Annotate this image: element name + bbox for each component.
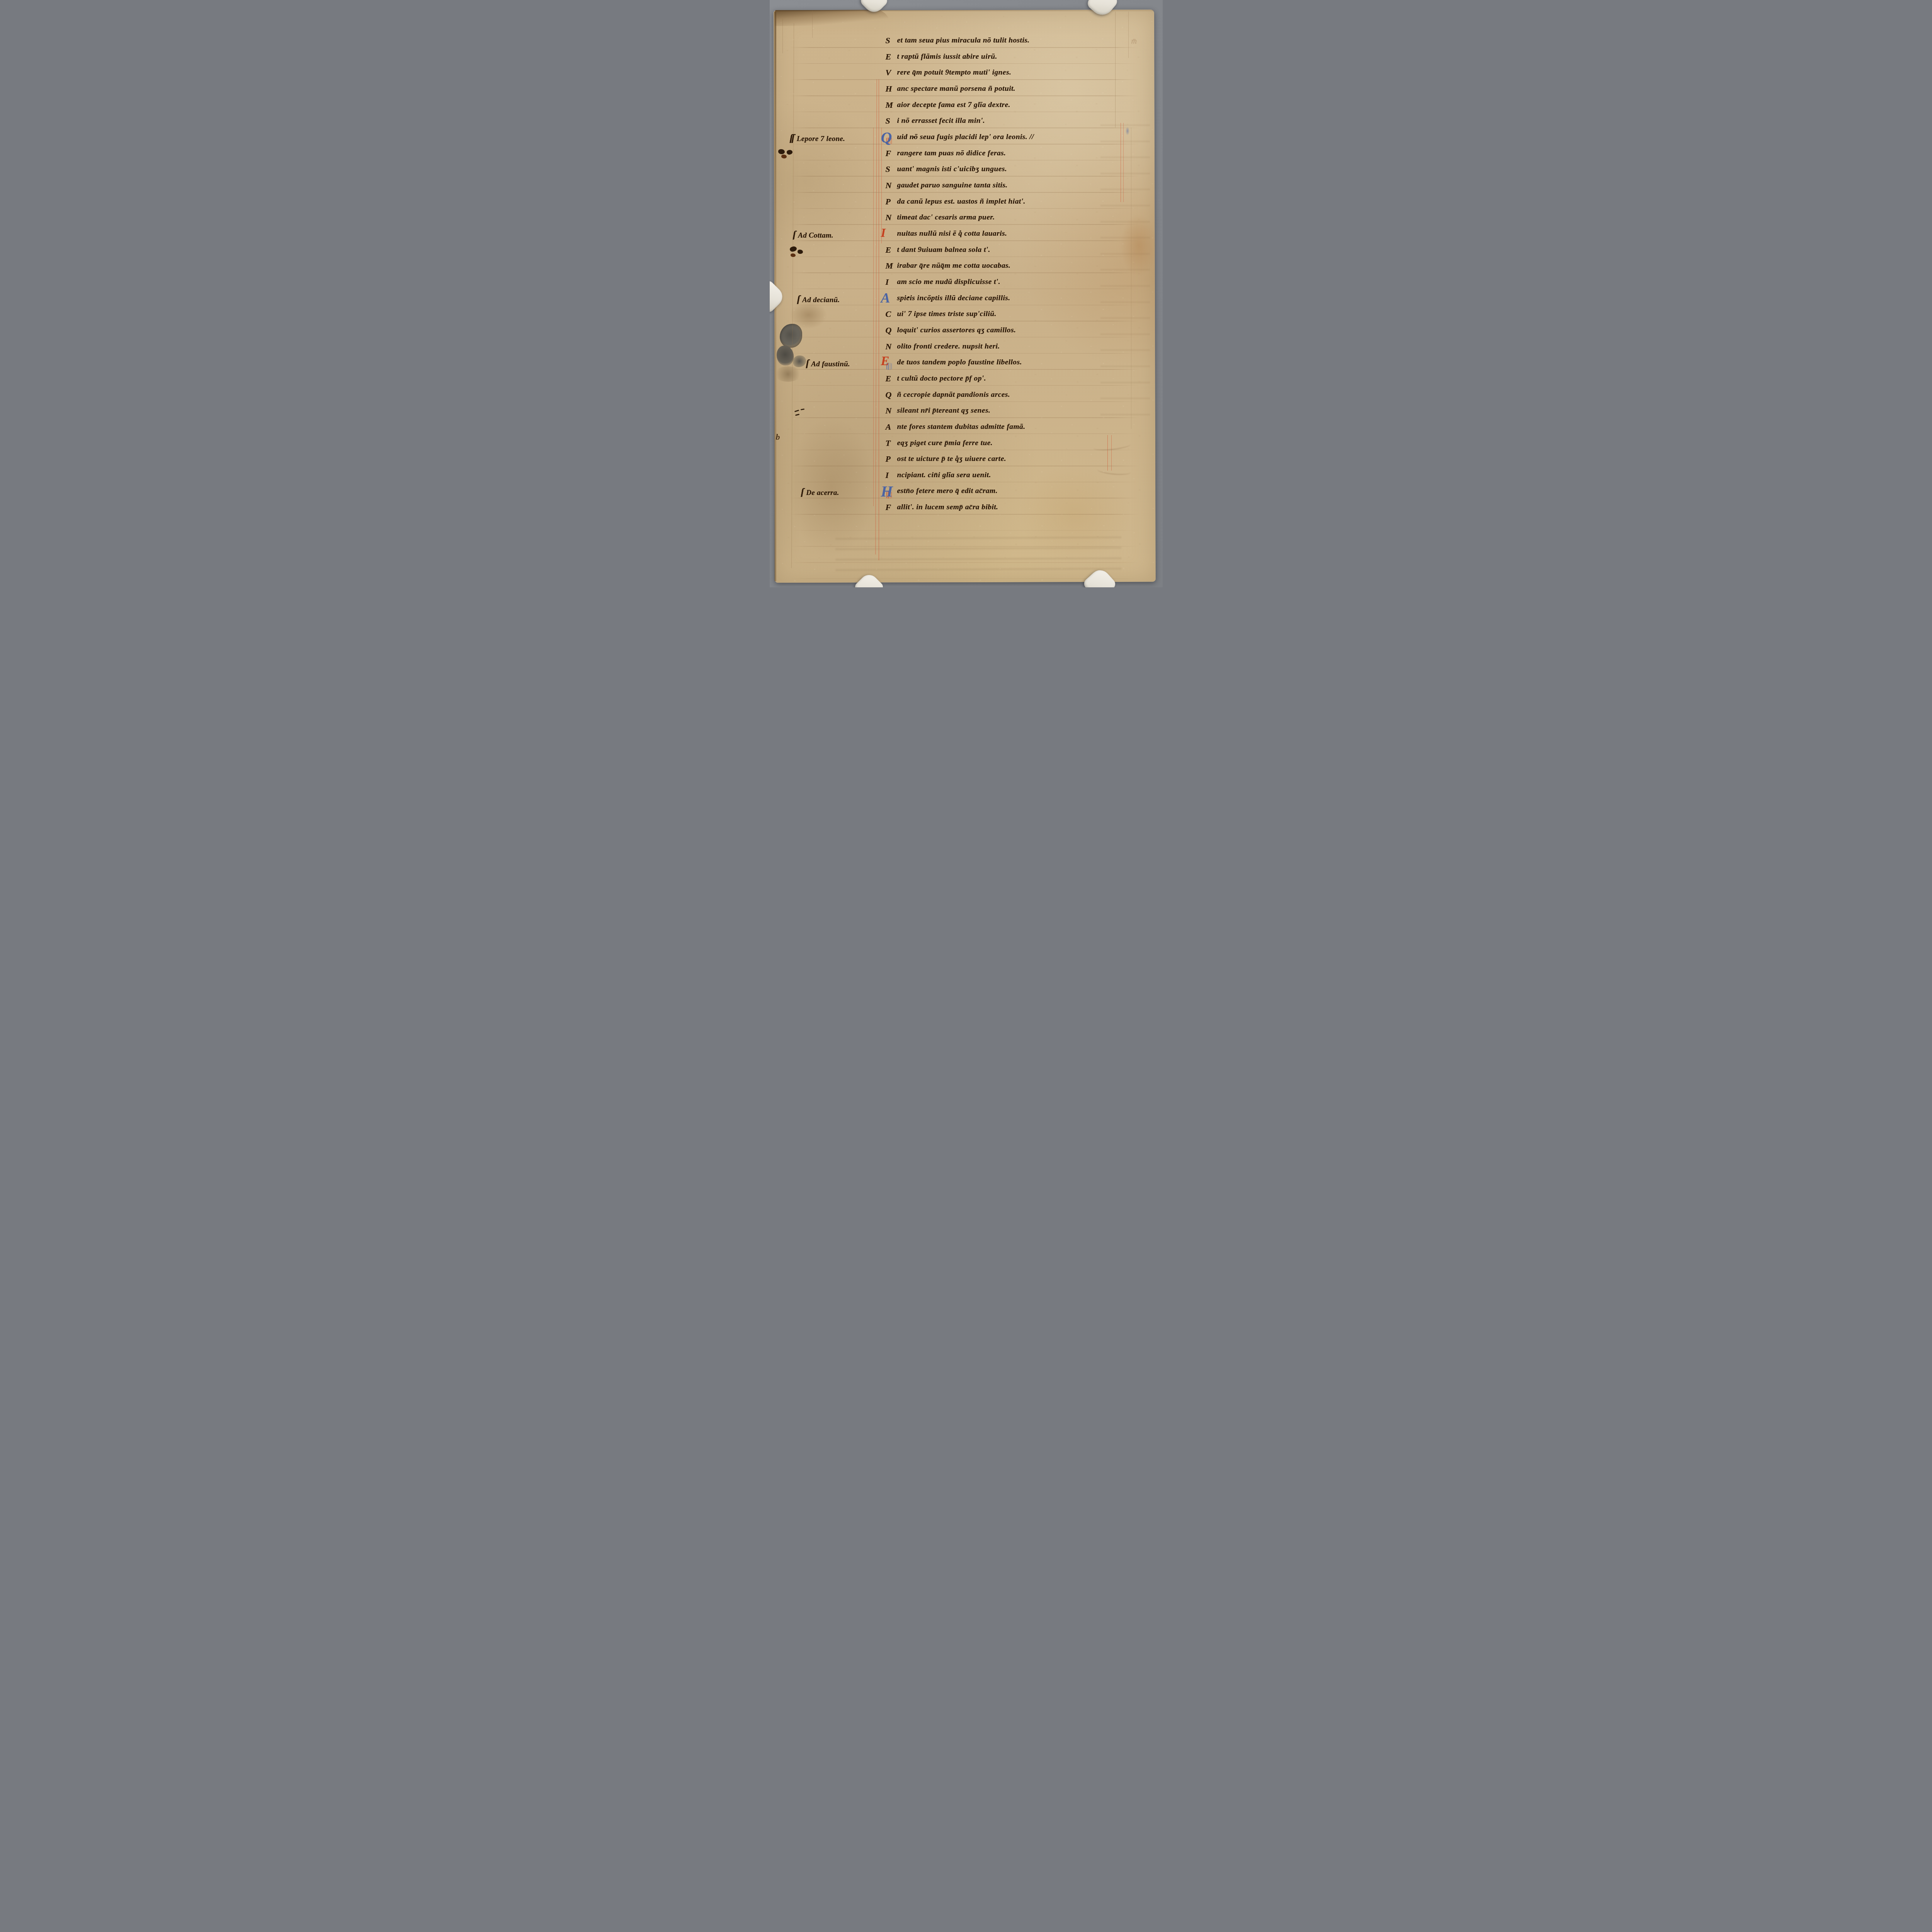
verse-initial: I <box>886 470 889 480</box>
verse-text: ui' 7 ipse times triste sup'ciliū. <box>884 310 997 318</box>
verse-text: am scio me nudū displicuisse t'. <box>884 278 1000 286</box>
verse-line: Hestn̄o fetere mero q̄ edit ac̄ram. <box>884 487 1147 502</box>
verse-line: Quid nō seua fugis placidi lep' ora leon… <box>884 133 1147 148</box>
verse-text: t cultū docto pectore p̄f op'. <box>884 374 986 383</box>
verse-initial: N <box>886 213 892 223</box>
verse-initial: P <box>886 454 891 464</box>
verse-line: Fallit'. in lucem semp̄ ac̄ra bibit. <box>884 503 1147 519</box>
verse-line: Et dant 9uiuam balnea sola t'. <box>884 246 1147 261</box>
verse-text: rere q̄m potuit 9tempto muti' ignes. <box>884 68 1012 77</box>
verse-initial: A <box>886 422 891 432</box>
verse-line: Hanc spectare manū porsena ñ potuit. <box>884 85 1147 100</box>
marginal-rubric: ſAd Cottam. <box>793 229 833 240</box>
verse-initial: H <box>886 84 893 94</box>
paraph-mark: ſ <box>793 229 795 240</box>
verse-initial: V <box>886 68 891 78</box>
verse-line: Maior decepte fama est 7 glīa dextre. <box>884 101 1147 116</box>
paraph-mark: ſ <box>806 357 808 369</box>
verse-initial: I <box>881 226 886 239</box>
verse-line: Ntimeat dac' cesaris arma puer. <box>884 213 1147 229</box>
ink-blot <box>781 155 787 158</box>
verse-line: Vrere q̄m potuit 9tempto muti' ignes. <box>884 68 1147 84</box>
verse-line: Ngaudet paruo sanguine tanta sitis. <box>884 181 1147 197</box>
verse-initial: T <box>886 438 891 448</box>
faint-quire-mark: m̄ <box>1131 37 1137 46</box>
verse-line: Et raptū flāmis iussit abire uirū. <box>884 53 1147 68</box>
verse-text: t dant 9uiuam balnea sola t'. <box>884 246 990 254</box>
verse-text: uid nō seua fugis placidi lep' ora leoni… <box>884 133 1034 141</box>
verse-line: Nolito fronti credere. nupsit heri. <box>884 342 1147 358</box>
ink-speck <box>908 296 910 298</box>
verse-line: Mirabar q̄re nūq̄m me cotta uocabas. <box>884 262 1147 277</box>
verse-text: olito fronti credere. nupsit heri. <box>884 342 1000 351</box>
verse-initial: Q <box>886 390 892 400</box>
verse-line: Ante fores stantem dubitas admitte famā. <box>884 423 1147 438</box>
verse-initial: I <box>886 277 889 287</box>
verse-initial: N <box>886 180 892 190</box>
verse-initial: E <box>886 374 891 384</box>
verse-line: Qñ cecropie dapnāt pandionis arces. <box>884 391 1147 406</box>
ink-blot <box>778 149 785 154</box>
verse-text: ost te uicture p̄ te q̊ʒ uiuere carte. <box>884 455 1007 463</box>
ink-blot <box>791 253 796 257</box>
verse-text: loquit' curios assertores qʒ camillos. <box>884 326 1016 335</box>
verse-line: Pda canū lepus est. uastos ñ implet hiat… <box>884 197 1147 213</box>
verse-text: spicis incōptis illū deciane capillis. <box>884 294 1010 303</box>
paraph-mark: ſ <box>801 486 803 497</box>
verse-initial: C <box>886 309 891 319</box>
marginal-rubric: ſſLepore 7 leone. <box>790 132 845 144</box>
verse-text: ncipiant. cin̄i glīa sera uenit. <box>884 471 991 480</box>
verse-text: nuitas nullū nisi ē q̊ cotta lauaris. <box>884 230 1007 238</box>
rubric-text: Ad Cottam. <box>798 231 833 240</box>
verse-initial: Q <box>886 325 892 335</box>
verse-initial: P <box>886 197 891 207</box>
left-margin-letter: b <box>776 432 780 442</box>
verse-initial: S <box>886 36 891 46</box>
marginal-rubric: ſDe acerra. <box>801 486 839 498</box>
verse-line: Frangere tam puas nō didice feras. <box>884 149 1147 165</box>
verse-text: rangere tam puas nō didice feras. <box>884 149 1006 158</box>
verse-line: Suant' magnis isti c'uicibʒ ungues. <box>884 165 1147 180</box>
verse-initial: S <box>886 116 891 126</box>
verse-line: Set tam seua pius miracula nō tulit host… <box>884 36 1147 52</box>
verse-text: allit'. in lucem semp̄ ac̄ra bibit. <box>884 503 998 512</box>
verse-initial: M <box>886 100 893 110</box>
verse-initial: A <box>881 291 890 305</box>
verse-text: nte fores stantem dubitas admitte famā. <box>884 423 1026 431</box>
rubric-text: Ad decianū. <box>802 296 840 304</box>
verse-initial: E <box>881 355 889 368</box>
verse-initial: N <box>886 406 892 416</box>
verse-text: de tuos tandem poplo faustine libellos. <box>884 358 1022 367</box>
verse-initial: F <box>886 502 891 512</box>
verse-line: Iam scio me nudū displicuisse t'. <box>884 278 1147 293</box>
verse-line: Nsileant nr̄i p̄tereant qʒ senes. <box>884 406 1147 422</box>
rubric-text: De acerra. <box>806 489 839 497</box>
verse-initial: S <box>886 164 891 174</box>
ink-speck <box>913 136 915 138</box>
verse-initial: F <box>886 148 891 158</box>
ink-blot <box>798 250 803 254</box>
verse-line: Si nō errasset fecit illa min'. <box>884 117 1147 132</box>
verse-text: aior decepte fama est 7 glīa dextre. <box>884 101 1010 109</box>
verse-line: Inuitas nullū nisi ē q̊ cotta lauaris. <box>884 230 1147 245</box>
photograph-of-manuscript: Set tam seua pius miracula nō tulit host… <box>770 0 1163 587</box>
verse-initial: M <box>886 261 893 271</box>
verse-initial: E <box>886 52 891 62</box>
verse-initial: Q <box>881 130 892 145</box>
verse-text: et tam seua pius miracula nō tulit hosti… <box>884 36 1030 45</box>
verse-text: anc spectare manū porsena ñ potuit. <box>884 85 1016 93</box>
verse-text: eqʒ piget cure p̄mia ferre tue. <box>884 439 993 447</box>
verse-line: Ede tuos tandem poplo faustine libellos. <box>884 358 1147 374</box>
verse-line: Cui' 7 ipse times triste sup'ciliū. <box>884 310 1147 325</box>
marginal-rubric: ſAd faustinū. <box>806 357 850 369</box>
verse-text: timeat dac' cesaris arma puer. <box>884 213 995 222</box>
verse-initial: N <box>886 342 892 352</box>
verse-text: i nō errasset fecit illa min'. <box>884 117 985 125</box>
rubric-text: Lepore 7 leone. <box>797 135 845 143</box>
paraph-mark: ſ <box>797 293 799 304</box>
verse-text: uant' magnis isti c'uicibʒ ungues. <box>884 165 1007 173</box>
verse-initial: H <box>881 484 893 499</box>
marginal-rubric: ſAd decianū. <box>797 293 840 305</box>
paraph-mark: ſſ <box>790 132 793 143</box>
verse-text: gaudet paruo sanguine tanta sitis. <box>884 181 1008 190</box>
verse-text: ñ cecropie dapnāt pandionis arces. <box>884 391 1010 399</box>
verse-text: irabar q̄re nūq̄m me cotta uocabas. <box>884 262 1011 270</box>
verse-text: da canū lepus est. uastos ñ implet hiat'… <box>884 197 1026 206</box>
rubric-text: Ad faustinū. <box>811 360 850 368</box>
verse-text: estn̄o fetere mero q̄ edit ac̄ram. <box>884 487 998 495</box>
verse-initial: E <box>886 245 891 255</box>
verse-text-block: Set tam seua pius miracula nō tulit host… <box>770 0 1163 587</box>
verse-text: sileant nr̄i p̄tereant qʒ senes. <box>884 406 991 415</box>
verse-line: Et cultū docto pectore p̄f op'. <box>884 374 1147 390</box>
verse-line: Qloquit' curios assertores qʒ camillos. <box>884 326 1147 342</box>
verse-text: t raptū flāmis iussit abire uirū. <box>884 53 997 61</box>
verse-line: Aspicis incōptis illū deciane capillis. <box>884 294 1147 310</box>
